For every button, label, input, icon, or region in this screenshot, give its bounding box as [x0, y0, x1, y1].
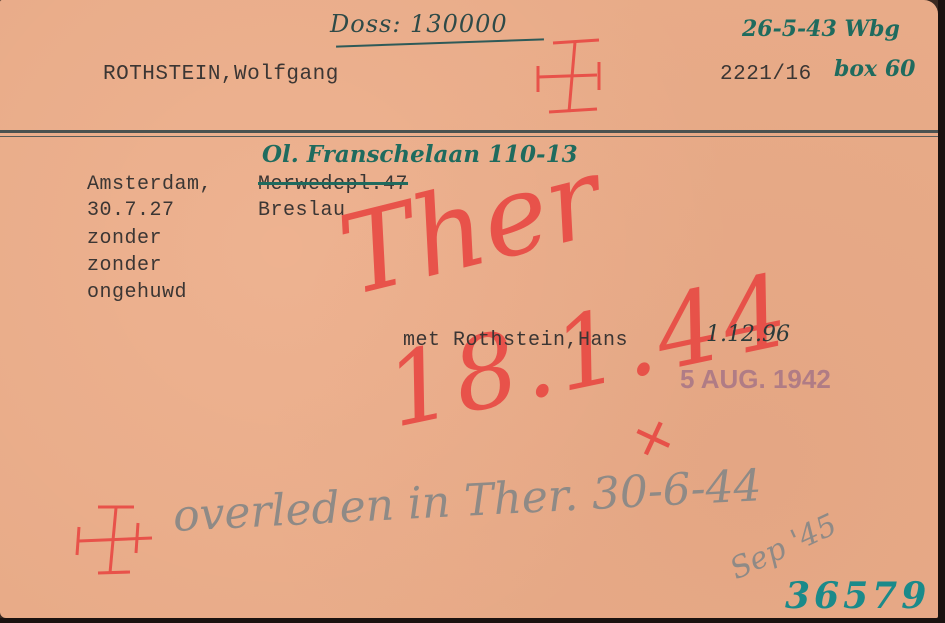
- date-stamp: 5 AUG. 1942: [680, 366, 831, 392]
- cross-mark-bottom-icon: [74, 503, 159, 578]
- index-card: Doss: 130000 ROTHSTEIN,Wolfgang 26-5-43 …: [0, 0, 938, 618]
- card-number: 2221/16: [720, 64, 812, 85]
- header-rule-bottom: [0, 136, 938, 137]
- pencil-date: Sep '45: [726, 510, 842, 585]
- companion-birth-date: 1.12.96: [706, 324, 790, 346]
- occupation: zonder: [87, 229, 162, 249]
- marital-status: ongehuwd: [87, 283, 187, 303]
- header-rule-top: [0, 130, 938, 133]
- red-mark: +: [620, 403, 686, 474]
- registration-date: 26-5-43 Wbg: [742, 18, 900, 40]
- box-annotation: box 60: [834, 58, 915, 80]
- death-note: overleden in Ther. 30-6-44: [172, 464, 763, 539]
- birth-date: 30.7.27: [87, 201, 175, 221]
- archive-number: 36579: [785, 578, 930, 614]
- companion: met Rothstein,Hans: [403, 331, 628, 351]
- person-name: ROTHSTEIN,Wolfgang: [103, 64, 339, 85]
- doss-annotation: Doss: 130000: [330, 12, 508, 36]
- religion: zonder: [87, 256, 162, 276]
- card-edge-bottom: [0, 618, 945, 623]
- card-edge-right: [938, 0, 945, 623]
- cross-mark-icon: [535, 40, 605, 115]
- birthplace: Amsterdam,: [87, 175, 212, 195]
- doss-underline: [336, 38, 544, 47]
